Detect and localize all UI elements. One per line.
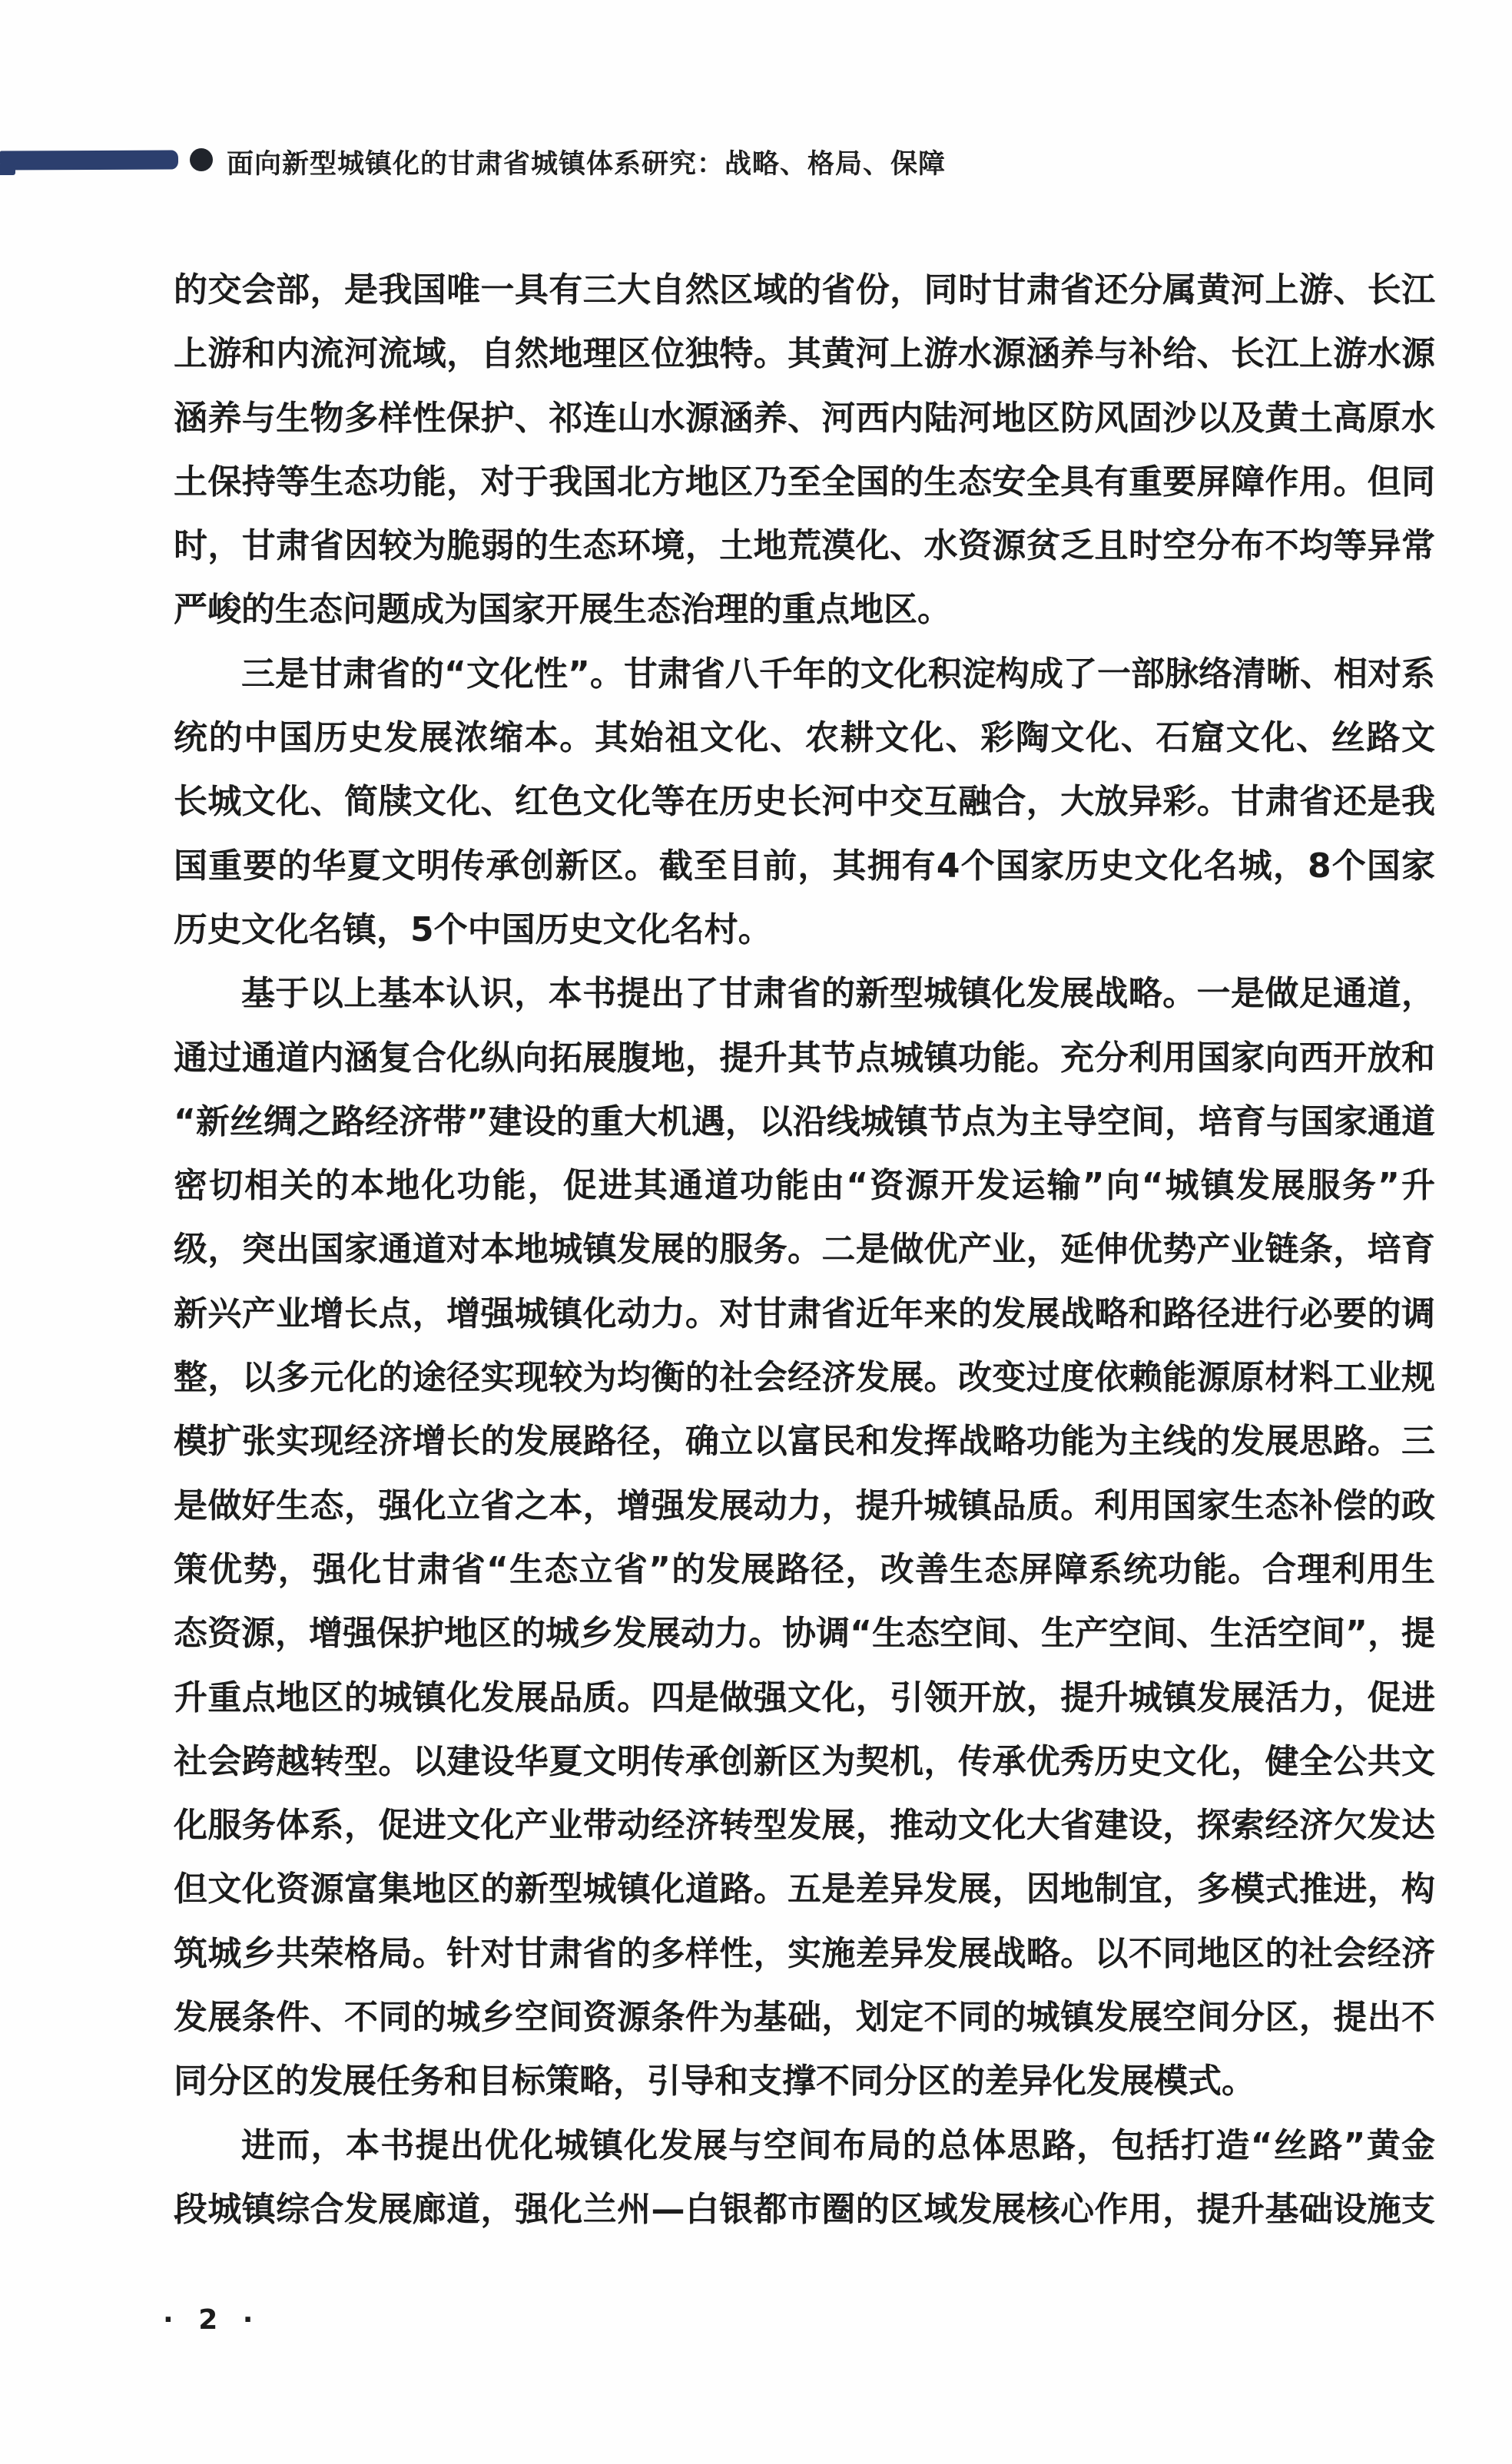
text-line: 同分区的发展任务和目标策略，引导和支撑不同分区的差异化发展模式。: [174, 2049, 1435, 2113]
text-line: 的交会部，是我国唯一具有三大自然区域的省份，同时甘肃省还分属黄河上游、长江: [174, 258, 1435, 322]
text-line: 发展条件、不同的城乡空间资源条件为基础，划定不同的城镇发展空间分区，提出不: [174, 1985, 1435, 2049]
text-line: 通过通道内涵复合化纵向拓展腹地，提升其节点城镇功能。充分利用国家向西开放和: [174, 1026, 1435, 1090]
text-line: 是做好生态，强化立省之本，增强发展动力，提升城镇品质。利用国家生态补偿的政: [174, 1474, 1435, 1538]
text-line: 模扩张实现经济增长的发展路径，确立以富民和发挥战略功能为主线的发展思路。三: [174, 1409, 1435, 1473]
text-line: 整，以多元化的途径实现较为均衡的社会经济发展。改变过度依赖能源原材料工业规: [174, 1346, 1435, 1409]
text-line: “新丝绸之路经济带”建设的重大机遇，以沿线城镇节点为主导空间，培育与国家通道: [174, 1090, 1435, 1154]
text-line: 严峻的生态问题成为国家开展生态治理的重点地区。: [174, 578, 1435, 641]
text-line: 段城镇综合发展廊道，强化兰州—白银都市圈的区域发展核心作用，提升基础设施支: [174, 2178, 1435, 2241]
text-line: 时，甘肃省因较为脆弱的生态环境，土地荒漠化、水资源贫乏且时空分布不均等异常: [174, 514, 1435, 578]
text-line: 态资源，增强保护地区的城乡发展动力。协调“生态空间、生产空间、生活空间”，提: [174, 1601, 1435, 1665]
text-line: 升重点地区的城镇化发展品质。四是做强文化，引领开放，提升城镇发展活力，促进: [174, 1666, 1435, 1730]
text-line: 长城文化、简牍文化、红色文化等在历史长河中交互融合，大放异彩。甘肃省还是我: [174, 770, 1435, 833]
paragraph: 三是甘肃省的“文化性”。甘肃省八千年的文化积淀构成了一部脉络清晰、相对系统的中国…: [174, 642, 1435, 962]
text-line: 但文化资源富集地区的新型城镇化道路。五是差异发展，因地制宜，多模式推进，构: [174, 1857, 1435, 1921]
header-accent-bar: [0, 150, 178, 170]
page-header: 面向新型城镇化的甘肃省城镇体系研究：战略、格局、保障: [0, 141, 1512, 184]
text-line: 历史文化名镇，5个中国历史文化名村。: [174, 898, 1435, 962]
text-line: 统的中国历史发展浓缩本。其始祖文化、农耕文化、彩陶文化、石窟文化、丝路文化、: [174, 706, 1435, 770]
paragraph: 的交会部，是我国唯一具有三大自然区域的省份，同时甘肃省还分属黄河上游、长江上游和…: [174, 258, 1435, 642]
paragraph: 基于以上基本认识，本书提出了甘肃省的新型城镇化发展战略。一是做足通道，通过通道内…: [174, 962, 1435, 2113]
text-line: 级，突出国家通道对本地城镇发展的服务。二是做优产业，延伸优势产业链条，培育: [174, 1217, 1435, 1281]
running-title: 面向新型城镇化的甘肃省城镇体系研究：战略、格局、保障: [227, 143, 946, 181]
text-line: 策优势，强化甘肃省“生态立省”的发展路径，改善生态屏障系统功能。合理利用生: [174, 1538, 1435, 1601]
text-line: 国重要的华夏文明传承创新区。截至目前，其拥有4个国家历史文化名城，8个国家级: [174, 834, 1435, 898]
text-line: 筑城乡共荣格局。针对甘肃省的多样性，实施差异发展战略。以不同地区的社会经济: [174, 1922, 1435, 1985]
text-line: 社会跨越转型。以建设华夏文明传承创新区为契机，传承优秀历史文化，健全公共文: [174, 1730, 1435, 1793]
bullet-icon: [190, 148, 213, 171]
text-line: 新兴产业增长点，增强城镇化动力。对甘肃省近年来的发展战略和路径进行必要的调: [174, 1282, 1435, 1346]
paragraph: 进而，本书提出优化城镇化发展与空间布局的总体思路，包括打造“丝路”黄金段城镇综合…: [174, 2114, 1435, 2242]
text-line: 涵养与生物多样性保护、祁连山水源涵养、河西内陆河地区防风固沙以及黄土高原水: [174, 386, 1435, 450]
page-number: · 2 ·: [163, 2304, 260, 2336]
text-line: 三是甘肃省的“文化性”。甘肃省八千年的文化积淀构成了一部脉络清晰、相对系: [174, 642, 1435, 706]
text-line: 化服务体系，促进文化产业带动经济转型发展，推动文化大省建设，探索经济欠发达: [174, 1793, 1435, 1857]
text-line: 进而，本书提出优化城镇化发展与空间布局的总体思路，包括打造“丝路”黄金: [174, 2114, 1435, 2178]
text-line: 上游和内流河流域，自然地理区位独特。其黄河上游水源涵养与补给、长江上游水源: [174, 322, 1435, 386]
page-body-text: 的交会部，是我国唯一具有三大自然区域的省份，同时甘肃省还分属黄河上游、长江上游和…: [174, 258, 1435, 2241]
text-line: 土保持等生态功能，对于我国北方地区乃至全国的生态安全具有重要屏障作用。但同: [174, 450, 1435, 514]
text-line: 密切相关的本地化功能，促进其通道功能由“资源开发运输”向“城镇发展服务”升: [174, 1154, 1435, 1217]
text-line: 基于以上基本认识，本书提出了甘肃省的新型城镇化发展战略。一是做足通道，: [174, 962, 1435, 1025]
header-accent-bar-notch: [0, 164, 15, 175]
